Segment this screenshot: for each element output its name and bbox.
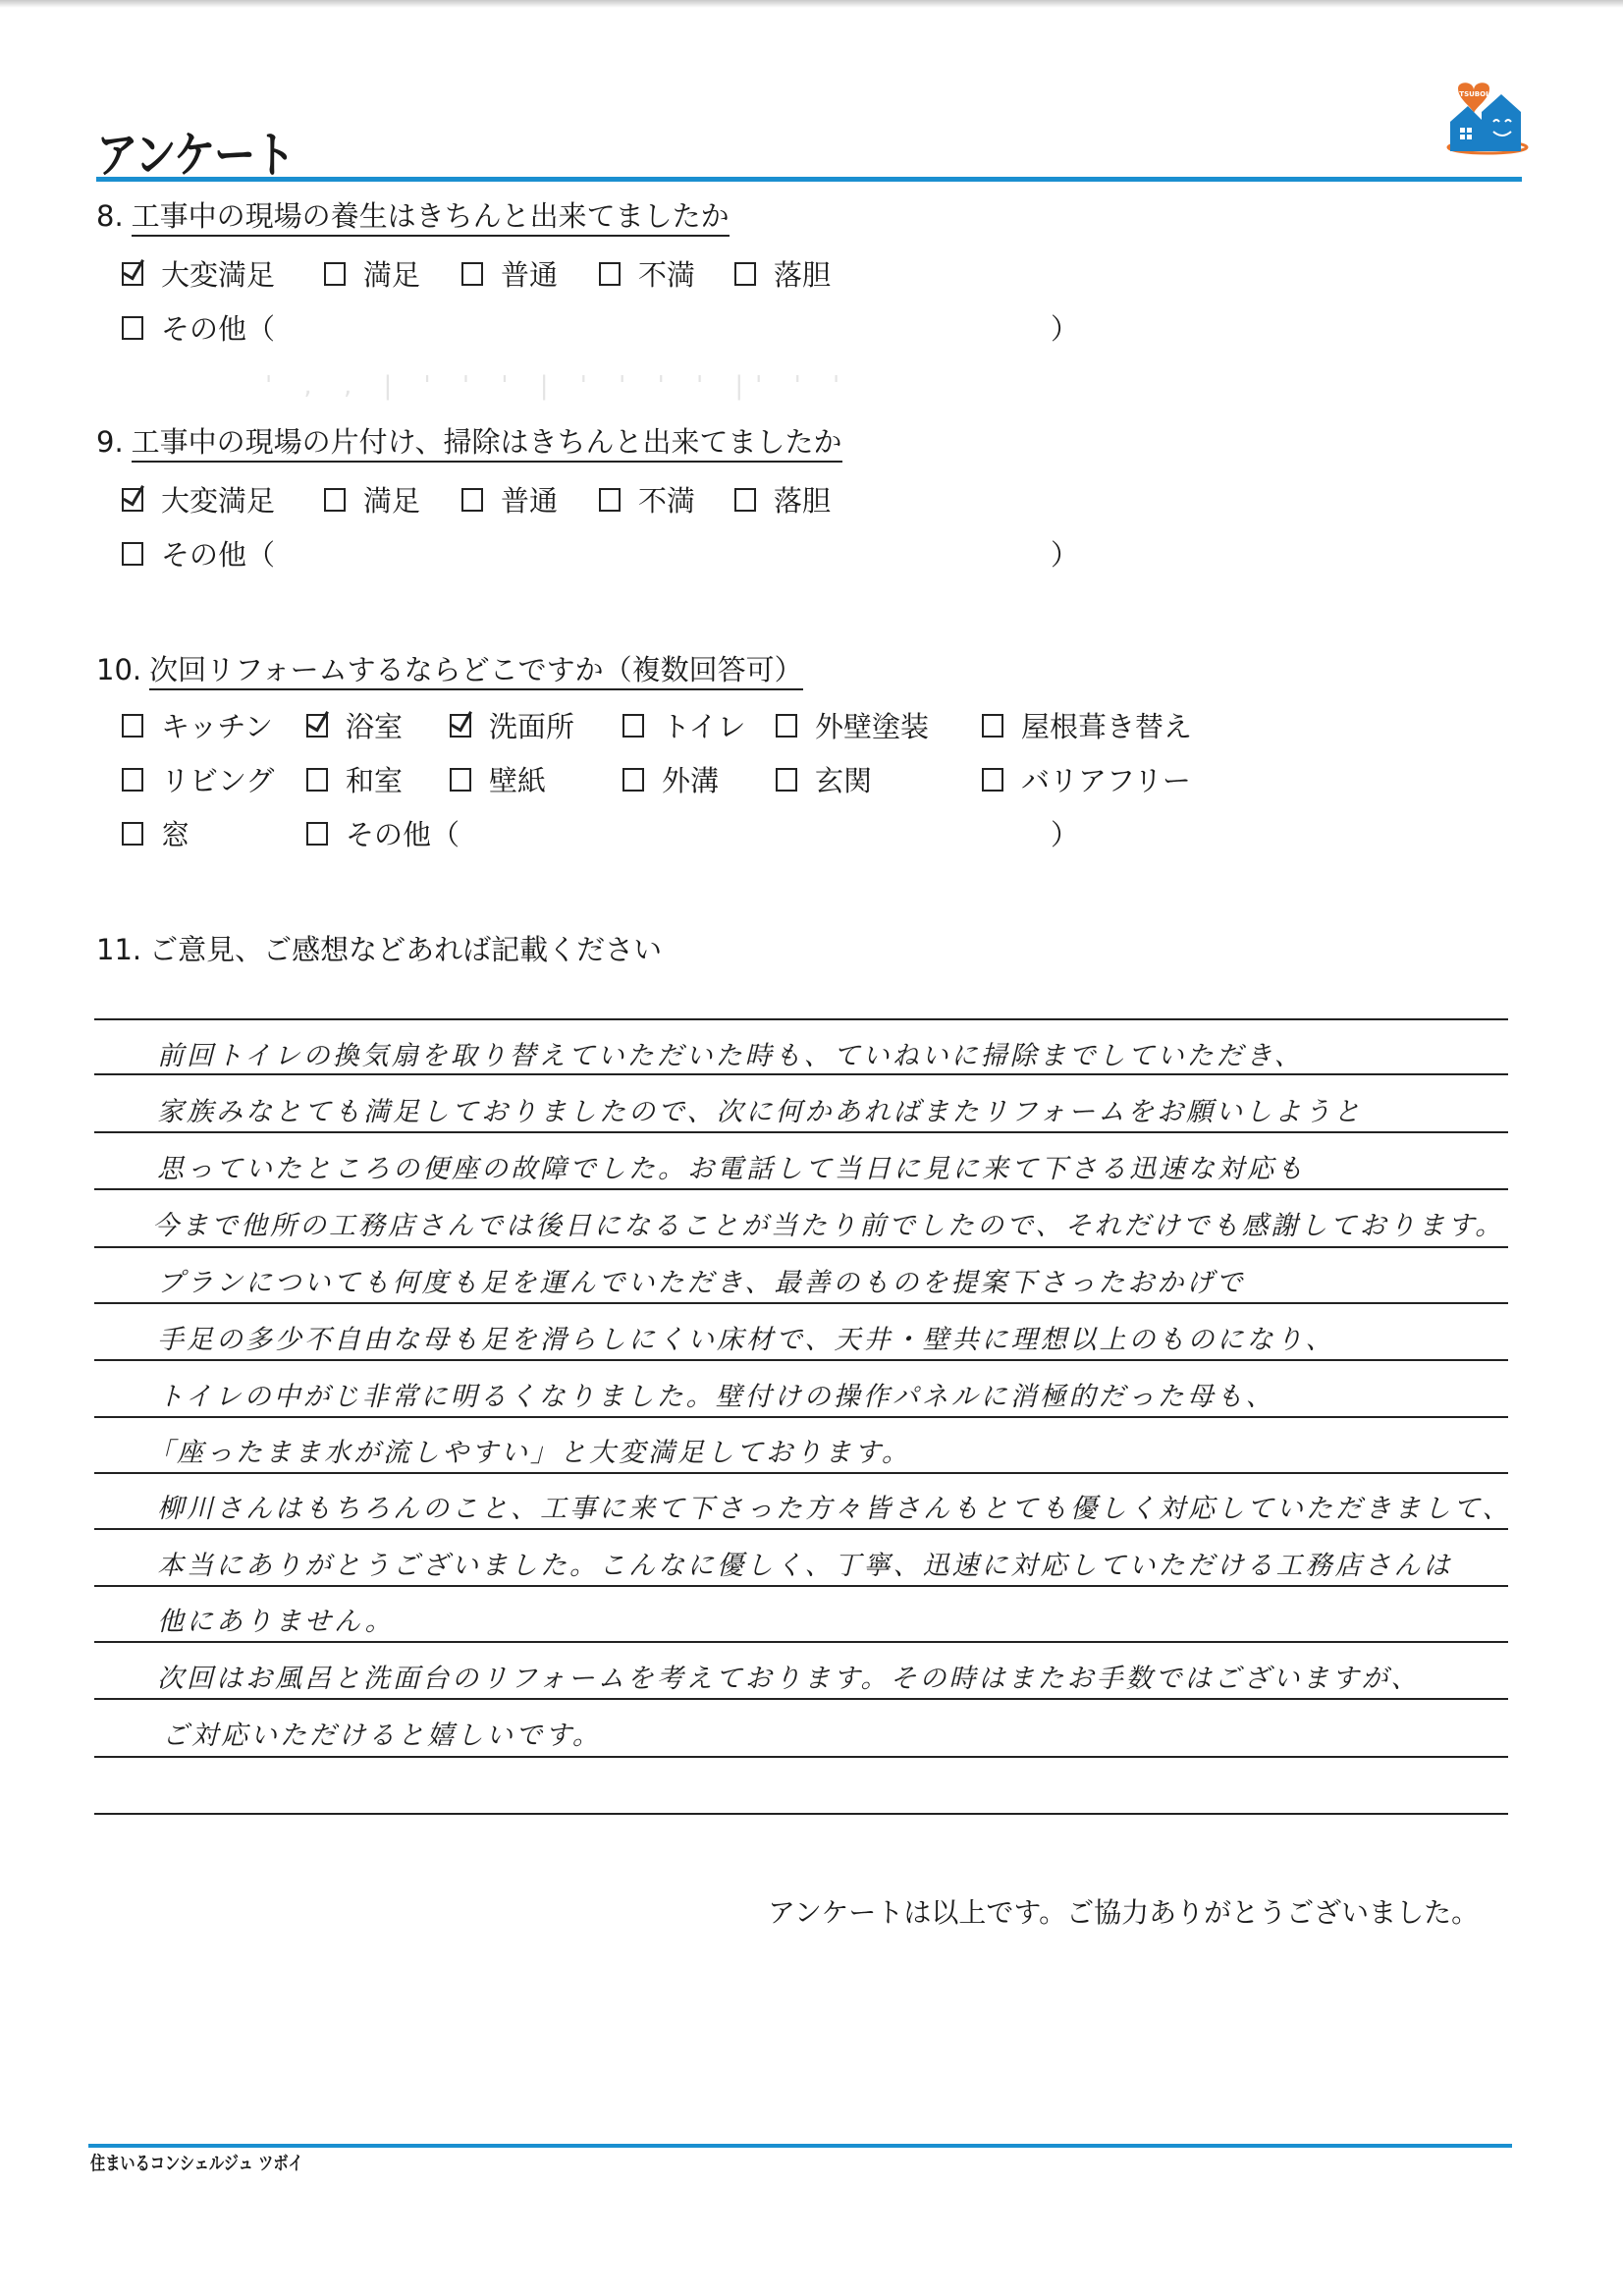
- q10-option-entrance[interactable]: 玄関: [776, 759, 872, 799]
- handwritten-comment-line: 次回はお風呂と洗面台のリフォームを考えております。その時はまたお手数ではございま…: [157, 1657, 1421, 1695]
- question-9-other: その他（ ）: [0, 533, 1623, 573]
- handwritten-comment-line: 「座ったまま水が流しやすい」と大変満足しております。: [147, 1431, 911, 1469]
- tsuboi-logo: TSUBOI: [1438, 82, 1537, 161]
- ruled-line: [94, 1472, 1508, 1474]
- scan-top-shadow: [0, 0, 1623, 8]
- question-10-options-row-1: キッチン 浴室 洗面所 トイレ 外壁塗装 屋根葺き替え: [0, 705, 1623, 744]
- q9-option-very-satisfied[interactable]: 大変満足: [122, 479, 275, 519]
- handwritten-comment-line: 他にありません。: [157, 1600, 395, 1638]
- ruled-line: [94, 1641, 1508, 1643]
- handwritten-comment-line: 柳川さんはもちろんのこと、工事に来て下さった方々皆さんもとても優しく対応していた…: [157, 1487, 1511, 1525]
- checkbox-icon[interactable]: [306, 822, 328, 846]
- handwritten-comment-line: プランについても何度も足を運んでいただき、最善のものを提案下さったおかげで: [157, 1261, 1245, 1299]
- checkbox-icon[interactable]: [450, 768, 471, 792]
- q10-option-exterior-paint[interactable]: 外壁塗装: [776, 705, 929, 745]
- svg-text:TSUBOI: TSUBOI: [1459, 90, 1488, 98]
- checkbox-icon[interactable]: [622, 714, 644, 738]
- handwritten-comment-line: トイレの中がじ非常に明るくなりました。壁付けの操作パネルに消極的だった母も、: [157, 1375, 1275, 1413]
- handwritten-comment-line: 今まで他所の工務店さんでは後日になることが当たり前でしたので、それだけでも感謝し…: [152, 1204, 1504, 1242]
- q8-option-very-satisfied[interactable]: 大変満足: [122, 253, 275, 294]
- question-10-title: 10.次回リフォームするならどこですか（複数回答可）: [96, 648, 803, 688]
- q8-option-dissatisfied[interactable]: 不満: [599, 253, 695, 294]
- ruled-line: [94, 1528, 1508, 1530]
- q8-option-other[interactable]: その他（: [122, 307, 275, 348]
- checkbox-icon[interactable]: [461, 488, 483, 512]
- question-10-options-row-3: 窓 その他（ ）: [0, 813, 1623, 852]
- handwritten-comment-line: 手足の多少不自由な母も足を滑らしにくい床材で、天井・壁共に理想以上のものになり、: [157, 1318, 1334, 1356]
- question-11-title: 11.ご意見、ご感想などあれば記載ください: [96, 928, 662, 968]
- checkbox-icon[interactable]: [776, 768, 797, 792]
- question-8-other: その他（ ）: [0, 307, 1623, 347]
- q10-option-window[interactable]: 窓: [122, 813, 189, 853]
- scan-bleed-through: ' , , | ' ' ' | ' ' ' ' |' ' ': [265, 371, 851, 401]
- checkbox-icon[interactable]: [599, 262, 621, 286]
- q8-option-disappointed[interactable]: 落胆: [734, 253, 831, 294]
- checkbox-icon[interactable]: [122, 542, 143, 566]
- header-divider: [96, 177, 1522, 182]
- ruled-line: [94, 1698, 1508, 1700]
- q10-option-washroom[interactable]: 洗面所: [450, 705, 574, 745]
- checkbox-icon[interactable]: [622, 768, 644, 792]
- ruled-line: [94, 1302, 1508, 1304]
- checkbox-icon[interactable]: [461, 262, 483, 286]
- question-8-title: 8.工事中の現場の養生はきちんと出来てましたか: [96, 194, 730, 235]
- ruled-line: [94, 1188, 1508, 1190]
- q10-option-japanese-room[interactable]: 和室: [306, 759, 403, 799]
- logo-house-icon: TSUBOI: [1438, 82, 1537, 161]
- q9-option-other[interactable]: その他（: [122, 533, 275, 574]
- ruled-line: [94, 1756, 1508, 1758]
- checkbox-icon[interactable]: [734, 488, 756, 512]
- checkbox-icon[interactable]: [122, 822, 143, 846]
- q10-option-toilet[interactable]: トイレ: [622, 705, 746, 745]
- q10-option-other[interactable]: その他（: [306, 813, 460, 853]
- checkbox-icon[interactable]: [324, 488, 346, 512]
- q9-other-close-paren: ）: [1051, 533, 1079, 574]
- q8-option-neutral[interactable]: 普通: [461, 253, 558, 294]
- question-10-options-row-2: リビング 和室 壁紙 外溝 玄関 バリアフリー: [0, 759, 1623, 798]
- question-9-title: 9.工事中の現場の片付け、掃除はきちんと出来てましたか: [96, 420, 842, 461]
- q10-option-barrier-free[interactable]: バリアフリー: [982, 759, 1191, 799]
- q10-option-bathroom[interactable]: 浴室: [306, 705, 403, 745]
- q9-option-neutral[interactable]: 普通: [461, 479, 558, 519]
- checkbox-checked-icon[interactable]: [450, 714, 471, 738]
- q10-option-exterior-drain[interactable]: 外溝: [622, 759, 719, 799]
- q10-other-close-paren: ）: [1051, 813, 1079, 853]
- ruled-line: [94, 1131, 1508, 1133]
- ruled-line: [94, 1018, 1508, 1020]
- footer-company-name: 住まいるコンシェルジュ ツボイ: [90, 2149, 303, 2175]
- checkbox-checked-icon[interactable]: [122, 488, 143, 512]
- checkbox-checked-icon[interactable]: [122, 262, 143, 286]
- checkbox-icon[interactable]: [599, 488, 621, 512]
- q10-option-living[interactable]: リビング: [122, 759, 274, 799]
- checkbox-icon[interactable]: [324, 262, 346, 286]
- checkbox-icon[interactable]: [122, 768, 143, 792]
- footer-divider: [88, 2144, 1512, 2148]
- handwritten-comment-line: ご対応いただけると嬉しいです。: [162, 1714, 602, 1752]
- checkbox-icon[interactable]: [982, 768, 1003, 792]
- closing-message: アンケートは以上です。ご協力ありがとうございました。: [768, 1891, 1479, 1931]
- q9-option-disappointed[interactable]: 落胆: [734, 479, 831, 519]
- q8-other-close-paren: ）: [1051, 307, 1079, 348]
- checkbox-icon[interactable]: [982, 714, 1003, 738]
- ruled-line: [94, 1585, 1508, 1587]
- handwritten-comment-line: 本当にありがとうございました。こんなに優しく、丁寧、迅速に対応していただける工務…: [157, 1544, 1452, 1582]
- question-8-options: 大変満足 満足 普通 不満 落胆: [0, 253, 1623, 293]
- handwritten-comment-line: 家族みなとても満足しておりましたので、次に何かあればまたリフォームをお願いしよう…: [157, 1090, 1363, 1128]
- ruled-line: [94, 1359, 1508, 1361]
- q10-option-kitchen[interactable]: キッチン: [122, 705, 273, 745]
- ruled-line: [94, 1246, 1508, 1248]
- checkbox-icon[interactable]: [734, 262, 756, 286]
- checkbox-icon[interactable]: [776, 714, 797, 738]
- checkbox-icon[interactable]: [306, 768, 328, 792]
- q9-option-satisfied[interactable]: 満足: [324, 479, 420, 519]
- q8-option-satisfied[interactable]: 満足: [324, 253, 420, 294]
- ruled-line: [94, 1813, 1508, 1815]
- handwritten-comment-line: 思っていたところの便座の故障でした。お電話して当日に見に来て下さる迅速な対応も: [157, 1147, 1306, 1185]
- q9-option-dissatisfied[interactable]: 不満: [599, 479, 695, 519]
- checkbox-icon[interactable]: [122, 316, 143, 340]
- question-9-options: 大変満足 満足 普通 不満 落胆: [0, 479, 1623, 519]
- q10-option-wallpaper[interactable]: 壁紙: [450, 759, 546, 799]
- ruled-line: [94, 1073, 1508, 1075]
- handwritten-comment-line: 前回トイレの換気扇を取り替えていただいた時も、ていねいに掃除までしていただき、: [157, 1034, 1304, 1072]
- checkbox-icon[interactable]: [122, 714, 143, 738]
- checkbox-checked-icon[interactable]: [306, 714, 328, 738]
- ruled-line: [94, 1416, 1508, 1418]
- q10-option-reroofing[interactable]: 屋根葺き替え: [982, 705, 1192, 745]
